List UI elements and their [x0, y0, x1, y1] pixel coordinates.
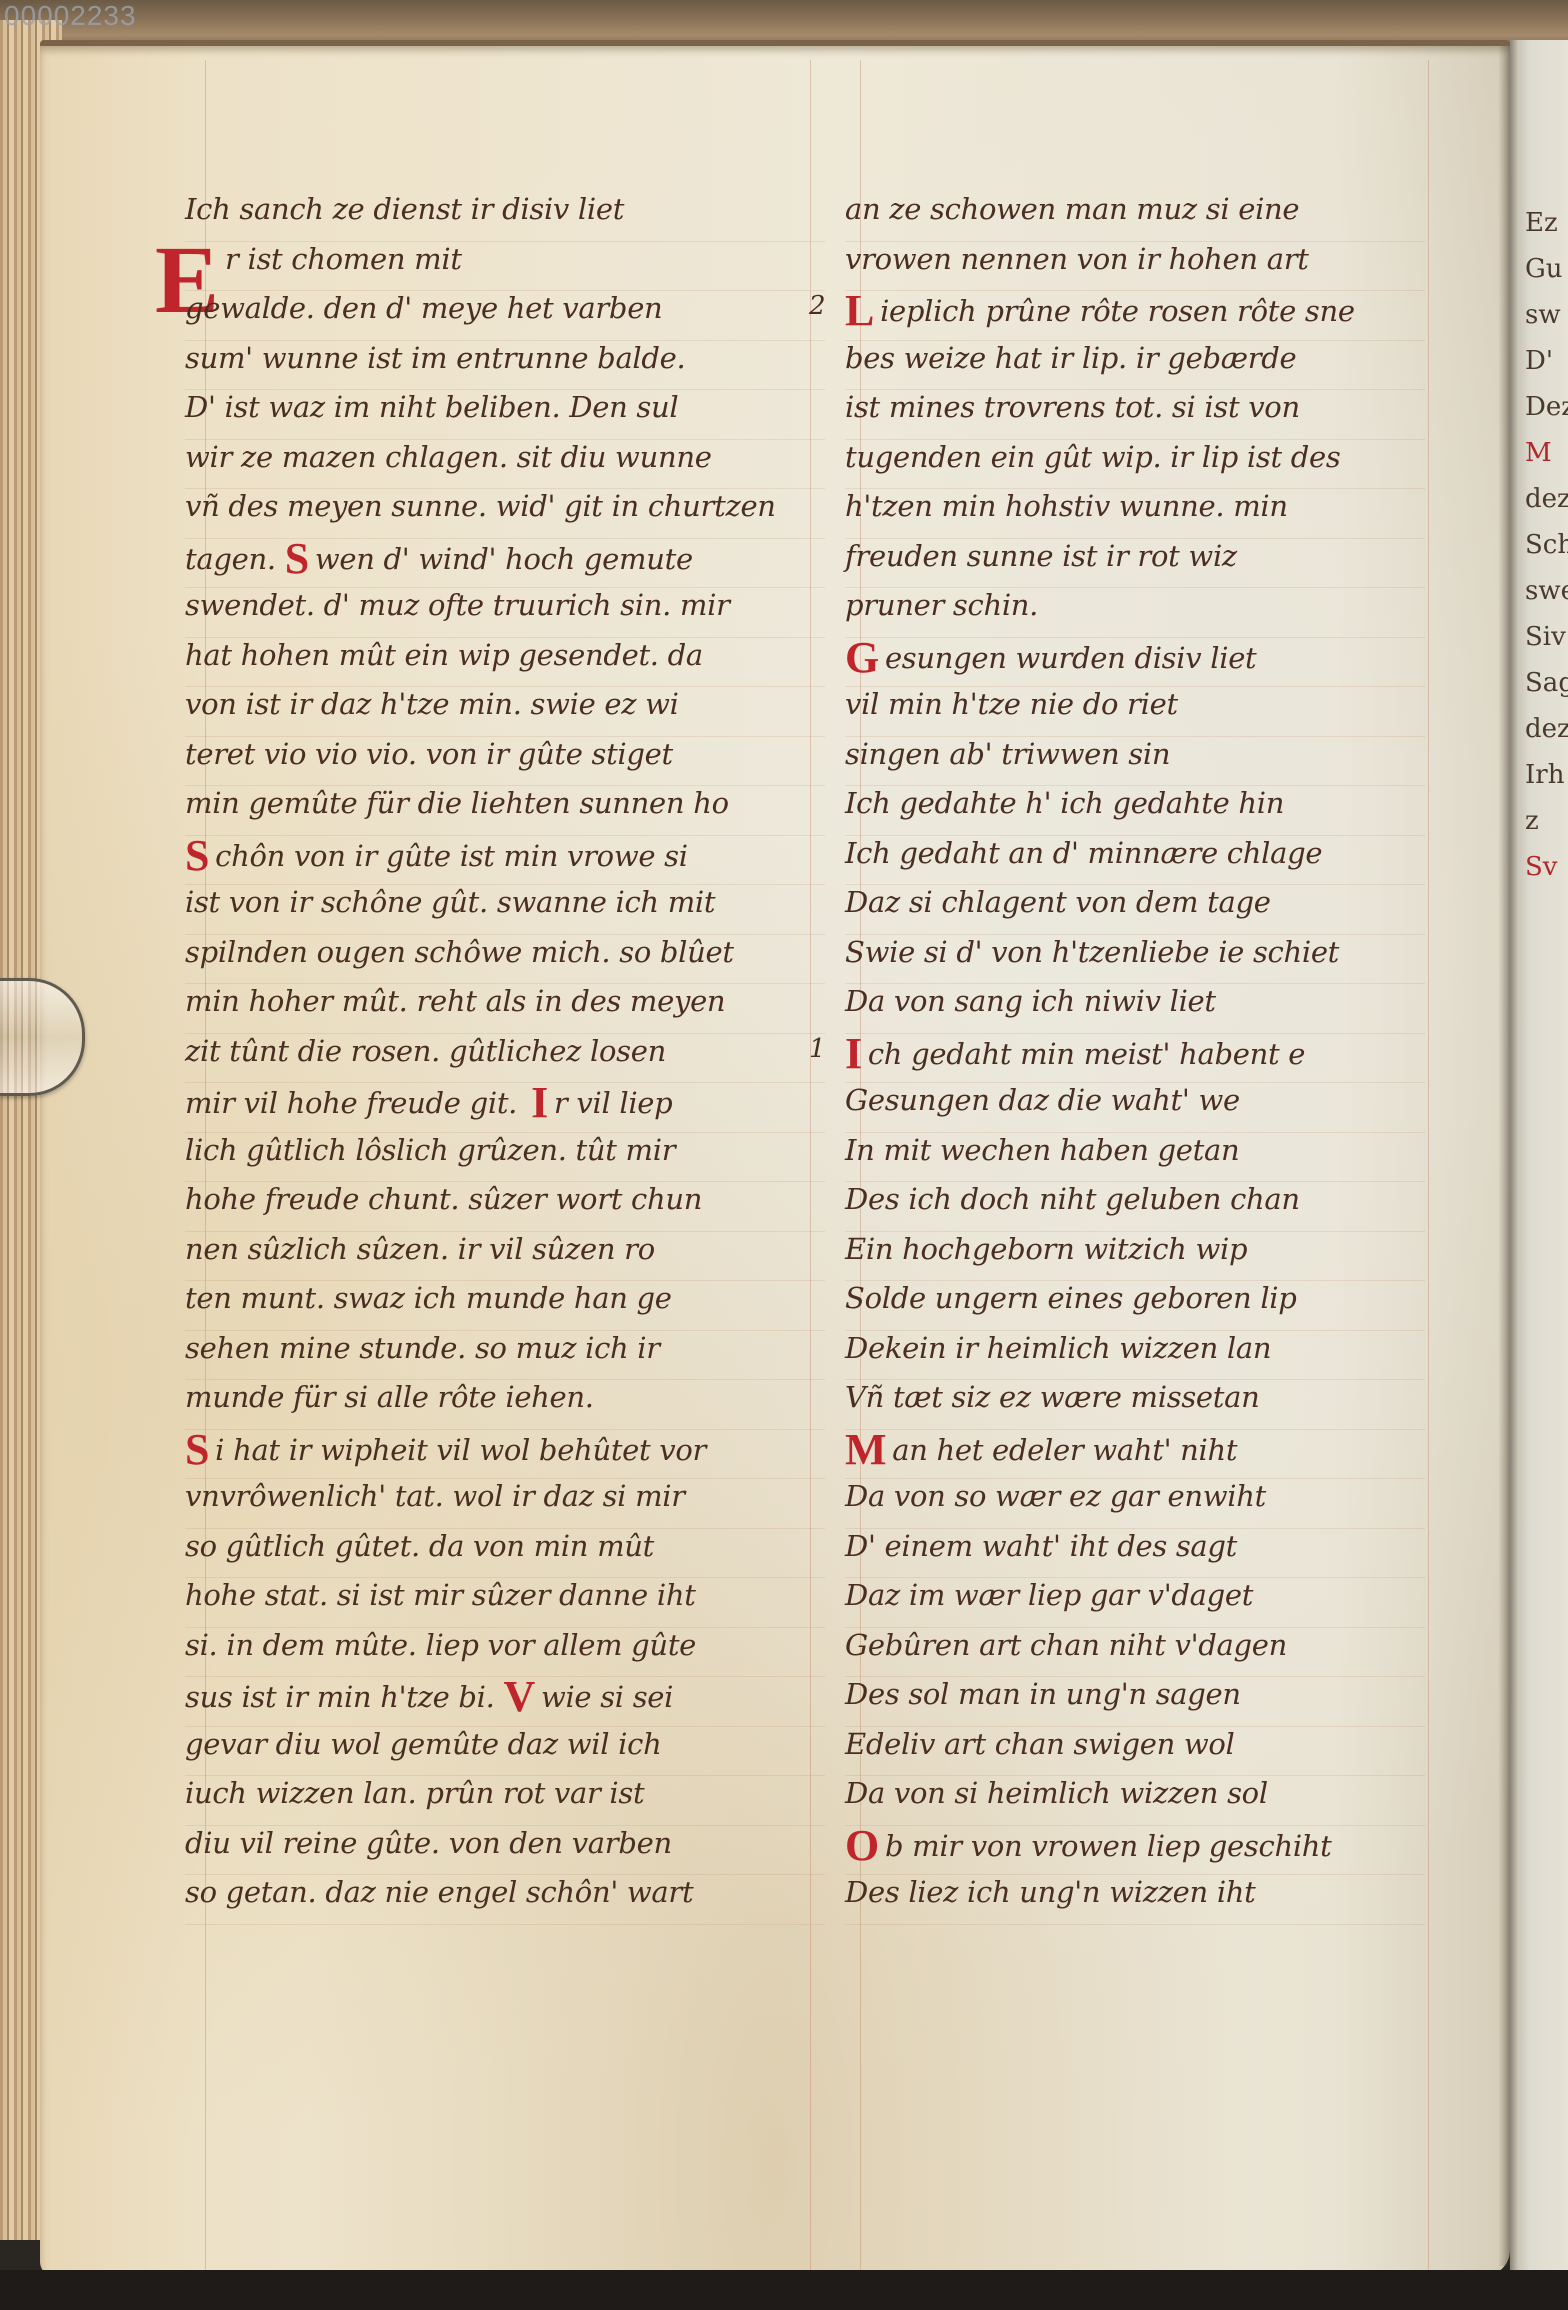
text-line: Ich sanch ze dienst ir disiv liet	[185, 192, 825, 242]
line-text: Ich sanch ze dienst ir disiv liet	[185, 192, 624, 226]
line-text: spilnden ougen schôwe mich. so blûet	[185, 935, 734, 969]
line-text: sum' wunne ist im entrunne balde.	[185, 341, 685, 375]
line-text: so gûtlich gûtet. da von min mût	[185, 1529, 654, 1563]
bottom-shadow	[0, 2270, 1568, 2310]
text-line: gevar diu wol gemûte daz wil ich	[185, 1727, 825, 1777]
text-line: sus ist ir min h'tze bi. Vwie si sei	[185, 1677, 825, 1727]
rubricated-initial: I	[531, 1083, 548, 1123]
text-line: Ein hochgeborn witzich wip	[845, 1232, 1425, 1282]
line-text: In mit wechen haben getan	[845, 1133, 1239, 1167]
rubricated-initial: V	[503, 1677, 534, 1717]
text-line: D' einem waht' iht des sagt	[845, 1529, 1425, 1579]
text-line: sehen mine stunde. so muz ich ir	[185, 1331, 825, 1381]
text-line: wir ze mazen chlagen. sit diu wunne	[185, 440, 825, 490]
right-text-column: an ze schowen man muz si einevrowen nenn…	[845, 192, 1425, 1925]
text-line: vnvrôwenlich' tat. wol ir daz si mir	[185, 1479, 825, 1529]
line-text: Edeliv art chan swigen wol	[845, 1727, 1235, 1761]
line-text: hohe freude chunt. sûzer wort chun	[185, 1182, 702, 1216]
line-text: zit tûnt die rosen. gûtlichez losen	[185, 1034, 666, 1068]
line-text: Gebûren art chan niht v'dagen	[845, 1628, 1287, 1662]
line-text: nen sûzlich sûzen. ir vil sûzen ro	[185, 1232, 655, 1266]
line-text: vñ des meyen sunne. wid' git in churtzen	[185, 489, 776, 523]
line-text: Daz si chlagent von dem tage	[845, 885, 1271, 919]
text-line: vrowen nennen von ir hohen art	[845, 242, 1425, 292]
facing-page-fragment: Sv	[1525, 844, 1568, 890]
text-line: tugenden ein gût wip. ir lip ist des	[845, 440, 1425, 490]
line-text: an het edeler waht' niht	[892, 1433, 1237, 1467]
text-line: Ich gedaht an d' minnære chlage	[845, 836, 1425, 886]
text-line: tagen. Swen d' wind' hoch gemute	[185, 539, 825, 589]
text-line: si. in dem mûte. liep vor allem gûte	[185, 1628, 825, 1678]
line-text: r ist chomen mit	[225, 242, 462, 276]
text-line: hohe freude chunt. sûzer wort chun	[185, 1182, 825, 1232]
text-line: nen sûzlich sûzen. ir vil sûzen ro	[185, 1232, 825, 1282]
text-line: Gesungen wurden disiv liet	[845, 638, 1425, 688]
facing-page-fragment: Dez	[1525, 384, 1568, 430]
text-line: D' ist waz im niht beliben. Den sul	[185, 390, 825, 440]
line-text: teret vio vio vio. von ir gûte stiget	[185, 737, 673, 771]
text-line: Gebûren art chan niht v'dagen	[845, 1628, 1425, 1678]
text-line: Ich gedahte h' ich gedahte hin	[845, 786, 1425, 836]
rubricated-initial: S	[185, 1430, 209, 1470]
text-line: min gemûte für die liehten sunnen ho	[185, 786, 825, 836]
text-line: Er ist chomen mit	[185, 242, 825, 292]
text-line: Swie si d' von h'tzenliebe ie schiet	[845, 935, 1425, 985]
line-text: Swie si d' von h'tzenliebe ie schiet	[845, 935, 1339, 969]
text-line: von ist ir daz h'tze min. swie ez wi	[185, 687, 825, 737]
text-line: sum' wunne ist im entrunne balde.	[185, 341, 825, 391]
rubricated-initial: M	[845, 1430, 886, 1470]
line-text: Des ich doch niht geluben chan	[845, 1182, 1300, 1216]
line-text: b mir von vrowen liep geschiht	[885, 1829, 1332, 1863]
text-line: Daz si chlagent von dem tage	[845, 885, 1425, 935]
text-line: In mit wechen haben getan	[845, 1133, 1425, 1183]
text-line: 2Lieplich prûne rôte rosen rôte sne	[845, 291, 1425, 341]
line-text: diu vil reine gûte. von den varben	[185, 1826, 672, 1860]
line-text: sehen mine stunde. so muz ich ir	[185, 1331, 660, 1365]
text-line: ist mines trovrens tot. si ist von	[845, 390, 1425, 440]
text-line: teret vio vio vio. von ir gûte stiget	[185, 737, 825, 787]
line-text: gewalde. den d' meye het varben	[185, 291, 662, 325]
text-line: lich gûtlich lôslich grûzen. tût mir	[185, 1133, 825, 1183]
line-text: bes weize hat ir lip. ir gebærde	[845, 341, 1296, 375]
text-line: Solde ungern eines geboren lip	[845, 1281, 1425, 1331]
line-text: iuch wizzen lan. prûn rot var ist	[185, 1776, 644, 1810]
line-text: Des sol man in ung'n sagen	[845, 1677, 1241, 1711]
text-line: Des liez ich ung'n wizzen iht	[845, 1875, 1425, 1925]
facing-page-fragment: Irh	[1525, 752, 1568, 798]
line-text: singen ab' triwwen sin	[845, 737, 1170, 771]
rubricated-initial: I	[845, 1034, 862, 1074]
line-text: lich gûtlich lôslich grûzen. tût mir	[185, 1133, 675, 1167]
text-line: Des sol man in ung'n sagen	[845, 1677, 1425, 1727]
text-line: Gesungen daz die waht' we	[845, 1083, 1425, 1133]
line-text: Dekein ir heimlich wizzen lan	[845, 1331, 1271, 1365]
line-text: an ze schowen man muz si eine	[845, 192, 1299, 226]
facing-page-fragment: Sag	[1525, 660, 1568, 706]
line-text: munde für si alle rôte iehen.	[185, 1380, 594, 1414]
text-line: freuden sunne ist ir rot wiz	[845, 539, 1425, 589]
line-text: wir ze mazen chlagen. sit diu wunne	[185, 440, 712, 474]
rubricated-initial: S	[185, 836, 209, 876]
facing-page-fragment: z	[1525, 798, 1568, 844]
line-text: wen d' wind' hoch gemute	[315, 542, 693, 576]
facing-page-fragment: D'	[1525, 338, 1568, 384]
text-line: hat hohen mût ein wip gesendet. da	[185, 638, 825, 688]
text-line: hohe stat. si ist mir sûzer danne iht	[185, 1578, 825, 1628]
facing-page-text: EzGuswD'DezMdezSchsweSivSagdezIrhzSv	[1525, 200, 1568, 890]
text-line: Si hat ir wipheit vil wol behûtet vor	[185, 1430, 825, 1480]
text-line: iuch wizzen lan. prûn rot var ist	[185, 1776, 825, 1826]
line-prefix: tagen.	[185, 542, 285, 576]
line-text: vnvrôwenlich' tat. wol ir daz si mir	[185, 1479, 685, 1513]
line-text: hohe stat. si ist mir sûzer danne iht	[185, 1578, 696, 1612]
line-text: Da von si heimlich wizzen sol	[845, 1776, 1268, 1810]
line-text: min gemûte für die liehten sunnen ho	[185, 786, 729, 820]
line-text: Vñ tæt siz ez wære missetan	[845, 1380, 1259, 1414]
rubricated-initial: S	[285, 539, 309, 579]
line-text: i hat ir wipheit vil wol behûtet vor	[215, 1433, 706, 1467]
margin-number: 1	[809, 1034, 825, 1064]
margin-number: 2	[809, 291, 825, 321]
line-text: vrowen nennen von ir hohen art	[845, 242, 1309, 276]
line-text: Daz im wær liep gar v'daget	[845, 1578, 1253, 1612]
line-text: gevar diu wol gemûte daz wil ich	[185, 1727, 661, 1761]
text-line: munde für si alle rôte iehen.	[185, 1380, 825, 1430]
line-text: min hoher mût. reht als in des meyen	[185, 984, 725, 1018]
text-line: h'tzen min hohstiv wunne. min	[845, 489, 1425, 539]
line-text: r vil liep	[554, 1086, 673, 1120]
line-text: esungen wurden disiv liet	[885, 641, 1256, 675]
line-text: hat hohen mût ein wip gesendet. da	[185, 638, 703, 672]
line-text: wie si sei	[541, 1680, 673, 1714]
line-text: mir vil hohe freude git.	[185, 1086, 517, 1120]
facing-page-fragment: swe	[1525, 568, 1568, 614]
text-line: Daz im wær liep gar v'daget	[845, 1578, 1425, 1628]
text-line: Ob mir von vrowen liep geschiht	[845, 1826, 1425, 1876]
line-text: so getan. daz nie engel schôn' wart	[185, 1875, 693, 1909]
text-line: Dekein ir heimlich wizzen lan	[845, 1331, 1425, 1381]
line-text: swendet. d' muz ofte truurich sin. mir	[185, 588, 730, 622]
text-line: so gûtlich gûtet. da von min mût	[185, 1529, 825, 1579]
text-line: ist von ir schône gût. swanne ich mit	[185, 885, 825, 935]
text-line: bes weize hat ir lip. ir gebærde	[845, 341, 1425, 391]
text-line: 1Ich gedaht min meist' habent e	[845, 1034, 1425, 1084]
line-text: Solde ungern eines geboren lip	[845, 1281, 1297, 1315]
scan-label: 00002233	[4, 0, 137, 32]
facing-page-fragment: Ez	[1525, 200, 1568, 246]
facing-page-fragment: dez	[1525, 706, 1568, 752]
facing-page-fragment: Sch	[1525, 522, 1568, 568]
text-line: Des ich doch niht geluben chan	[845, 1182, 1425, 1232]
text-line: ten munt. swaz ich munde han ge	[185, 1281, 825, 1331]
text-line: Da von so wær ez gar enwiht	[845, 1479, 1425, 1529]
text-line: an ze schowen man muz si eine	[845, 192, 1425, 242]
line-text: Da von so wær ez gar enwiht	[845, 1479, 1266, 1513]
text-line: Man het edeler waht' niht	[845, 1430, 1425, 1480]
text-line: diu vil reine gûte. von den varben	[185, 1826, 825, 1876]
text-line: spilnden ougen schôwe mich. so blûet	[185, 935, 825, 985]
facing-page-fragment: M	[1525, 430, 1568, 476]
line-text: h'tzen min hohstiv wunne. min	[845, 489, 1288, 523]
line-text: ieplich prûne rôte rosen rôte sne	[880, 294, 1355, 328]
text-line: gewalde. den d' meye het varben	[185, 291, 825, 341]
line-prefix: sus ist ir min h'tze bi.	[185, 1680, 503, 1714]
facing-page-fragment: sw	[1525, 292, 1568, 338]
line-text: von ist ir daz h'tze min. swie ez wi	[185, 687, 679, 721]
text-line: vñ des meyen sunne. wid' git in churtzen	[185, 489, 825, 539]
text-line: so getan. daz nie engel schôn' wart	[185, 1875, 825, 1925]
line-text: Ich gedaht an d' minnære chlage	[845, 836, 1322, 870]
line-text: tugenden ein gût wip. ir lip ist des	[845, 440, 1340, 474]
left-text-column: Ich sanch ze dienst ir disiv lietEr ist …	[185, 192, 825, 1925]
line-text: Ich gedahte h' ich gedahte hin	[845, 786, 1284, 820]
rubricated-initial: L	[845, 291, 874, 331]
text-line: zit tûnt die rosen. gûtlichez losen	[185, 1034, 825, 1084]
text-line: singen ab' triwwen sin	[845, 737, 1425, 787]
facing-page-fragment: dez	[1525, 476, 1568, 522]
line-text: D' einem waht' iht des sagt	[845, 1529, 1237, 1563]
line-text: Des liez ich ung'n wizzen iht	[845, 1875, 1256, 1909]
line-text: D' ist waz im niht beliben. Den sul	[185, 390, 678, 424]
line-text: freuden sunne ist ir rot wiz	[845, 539, 1237, 573]
line-text: chôn von ir gûte ist min vrowe si	[215, 839, 688, 873]
line-text: ist von ir schône gût. swanne ich mit	[185, 885, 715, 919]
facing-page-fragment: Gu	[1525, 246, 1568, 292]
text-line: Da von sang ich niwiv liet	[845, 984, 1425, 1034]
text-line: Edeliv art chan swigen wol	[845, 1727, 1425, 1777]
text-line: pruner schin.	[845, 588, 1425, 638]
ruling-line	[1428, 60, 1429, 2280]
line-text: ist mines trovrens tot. si ist von	[845, 390, 1300, 424]
line-text: ten munt. swaz ich munde han ge	[185, 1281, 672, 1315]
text-line: min hoher mût. reht als in des meyen	[185, 984, 825, 1034]
text-line: vil min h'tze nie do riet	[845, 687, 1425, 737]
text-line: Schôn von ir gûte ist min vrowe si	[185, 836, 825, 886]
line-text: ch gedaht min meist' habent e	[868, 1037, 1305, 1071]
text-line: Da von si heimlich wizzen sol	[845, 1776, 1425, 1826]
facing-page-fragment: Siv	[1525, 614, 1568, 660]
text-line: swendet. d' muz ofte truurich sin. mir	[185, 588, 825, 638]
rubricated-initial: O	[845, 1826, 879, 1866]
line-text: vil min h'tze nie do riet	[845, 687, 1178, 721]
line-text: pruner schin.	[845, 588, 1038, 622]
line-text: Da von sang ich niwiv liet	[845, 984, 1216, 1018]
text-line: mir vil hohe freude git.Ir vil liep	[185, 1083, 825, 1133]
rubricated-initial: G	[845, 638, 879, 678]
line-text: Ein hochgeborn witzich wip	[845, 1232, 1247, 1266]
line-text: si. in dem mûte. liep vor allem gûte	[185, 1628, 696, 1662]
line-text: Gesungen daz die waht' we	[845, 1083, 1240, 1117]
text-line: Vñ tæt siz ez wære missetan	[845, 1380, 1425, 1430]
